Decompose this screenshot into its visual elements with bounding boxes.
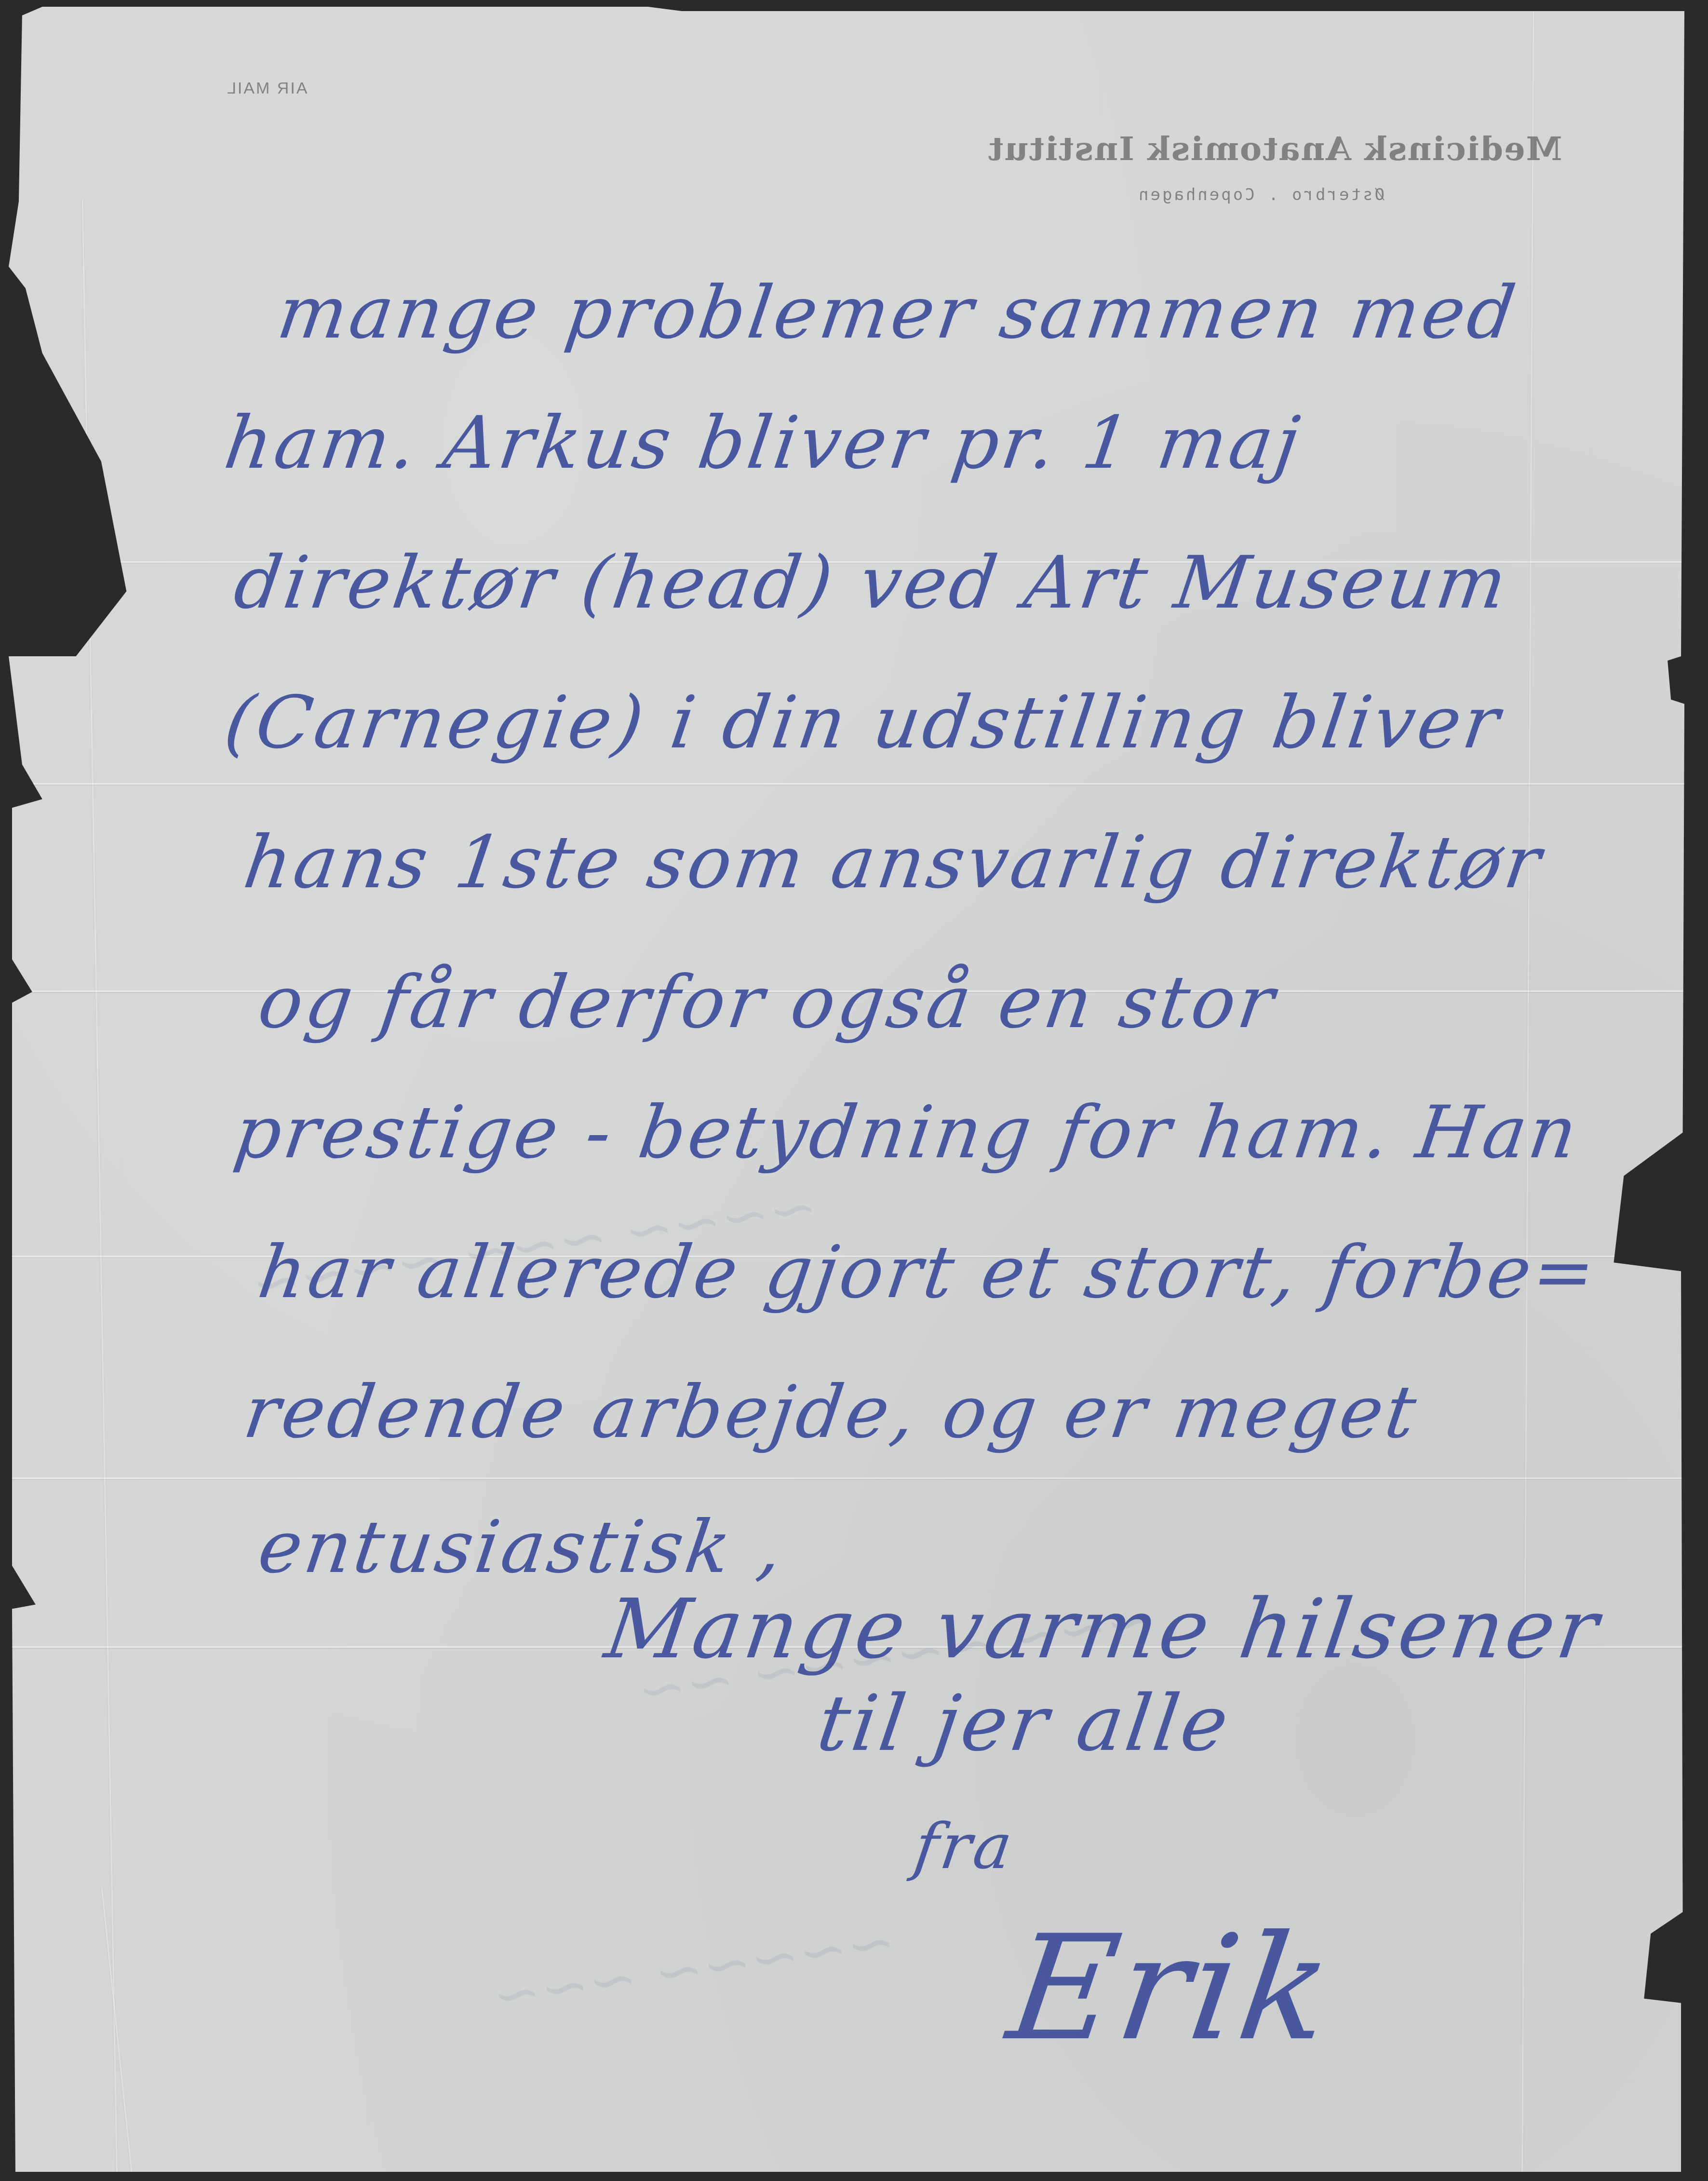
airmail-mark: AIR MAIL	[226, 79, 307, 98]
closing-line: Mange varme hilsener	[601, 1588, 1605, 1670]
letter-line: har allerede gjort et stort, forbe=	[254, 1236, 1602, 1309]
letter-line: direktør (head) ved Art Museum	[230, 547, 1513, 619]
letterhead-institution: Medicinsk Anatomisk Institut	[987, 130, 1562, 168]
fold-line	[9, 1477, 1691, 1479]
letterhead-address: Østerbro . Copenhagen	[1137, 185, 1385, 204]
fold-line	[9, 783, 1691, 785]
letter-line: prestige - betydning for ham. Han	[230, 1097, 1584, 1169]
scanned-page: ~~~~ ~~~ ~~~~ ~~~ ~~~~~ ~~ ~~~~~ ~~~ AIR…	[0, 0, 1708, 2181]
crease	[81, 200, 119, 2176]
letter-line: (Carnegie) i din udstilling bliver	[220, 687, 1506, 759]
letter-sheet: ~~~~ ~~~ ~~~~ ~~~ ~~~~~ ~~ ~~~~~ ~~~ AIR…	[9, 7, 1691, 2172]
signature: Erik	[1001, 1916, 1342, 2061]
closing-line: fra	[911, 1815, 1019, 1878]
closing-line: til jer alle	[813, 1685, 1236, 1762]
show-through-writing: ~~~~~ ~~~	[488, 1908, 900, 2031]
letter-line: entusiastisk ,	[254, 1511, 789, 1584]
letter-line: og får derfor også en stor	[254, 966, 1281, 1039]
letter-line: mange problemer sammen med	[273, 277, 1522, 349]
letter-line: ham. Arkus bliver pr. 1 maj	[220, 407, 1306, 479]
letter-line: hans 1ste som ansvarlig direktør	[240, 826, 1547, 899]
letter-line: redende arbejde, og er meget	[240, 1376, 1423, 1449]
